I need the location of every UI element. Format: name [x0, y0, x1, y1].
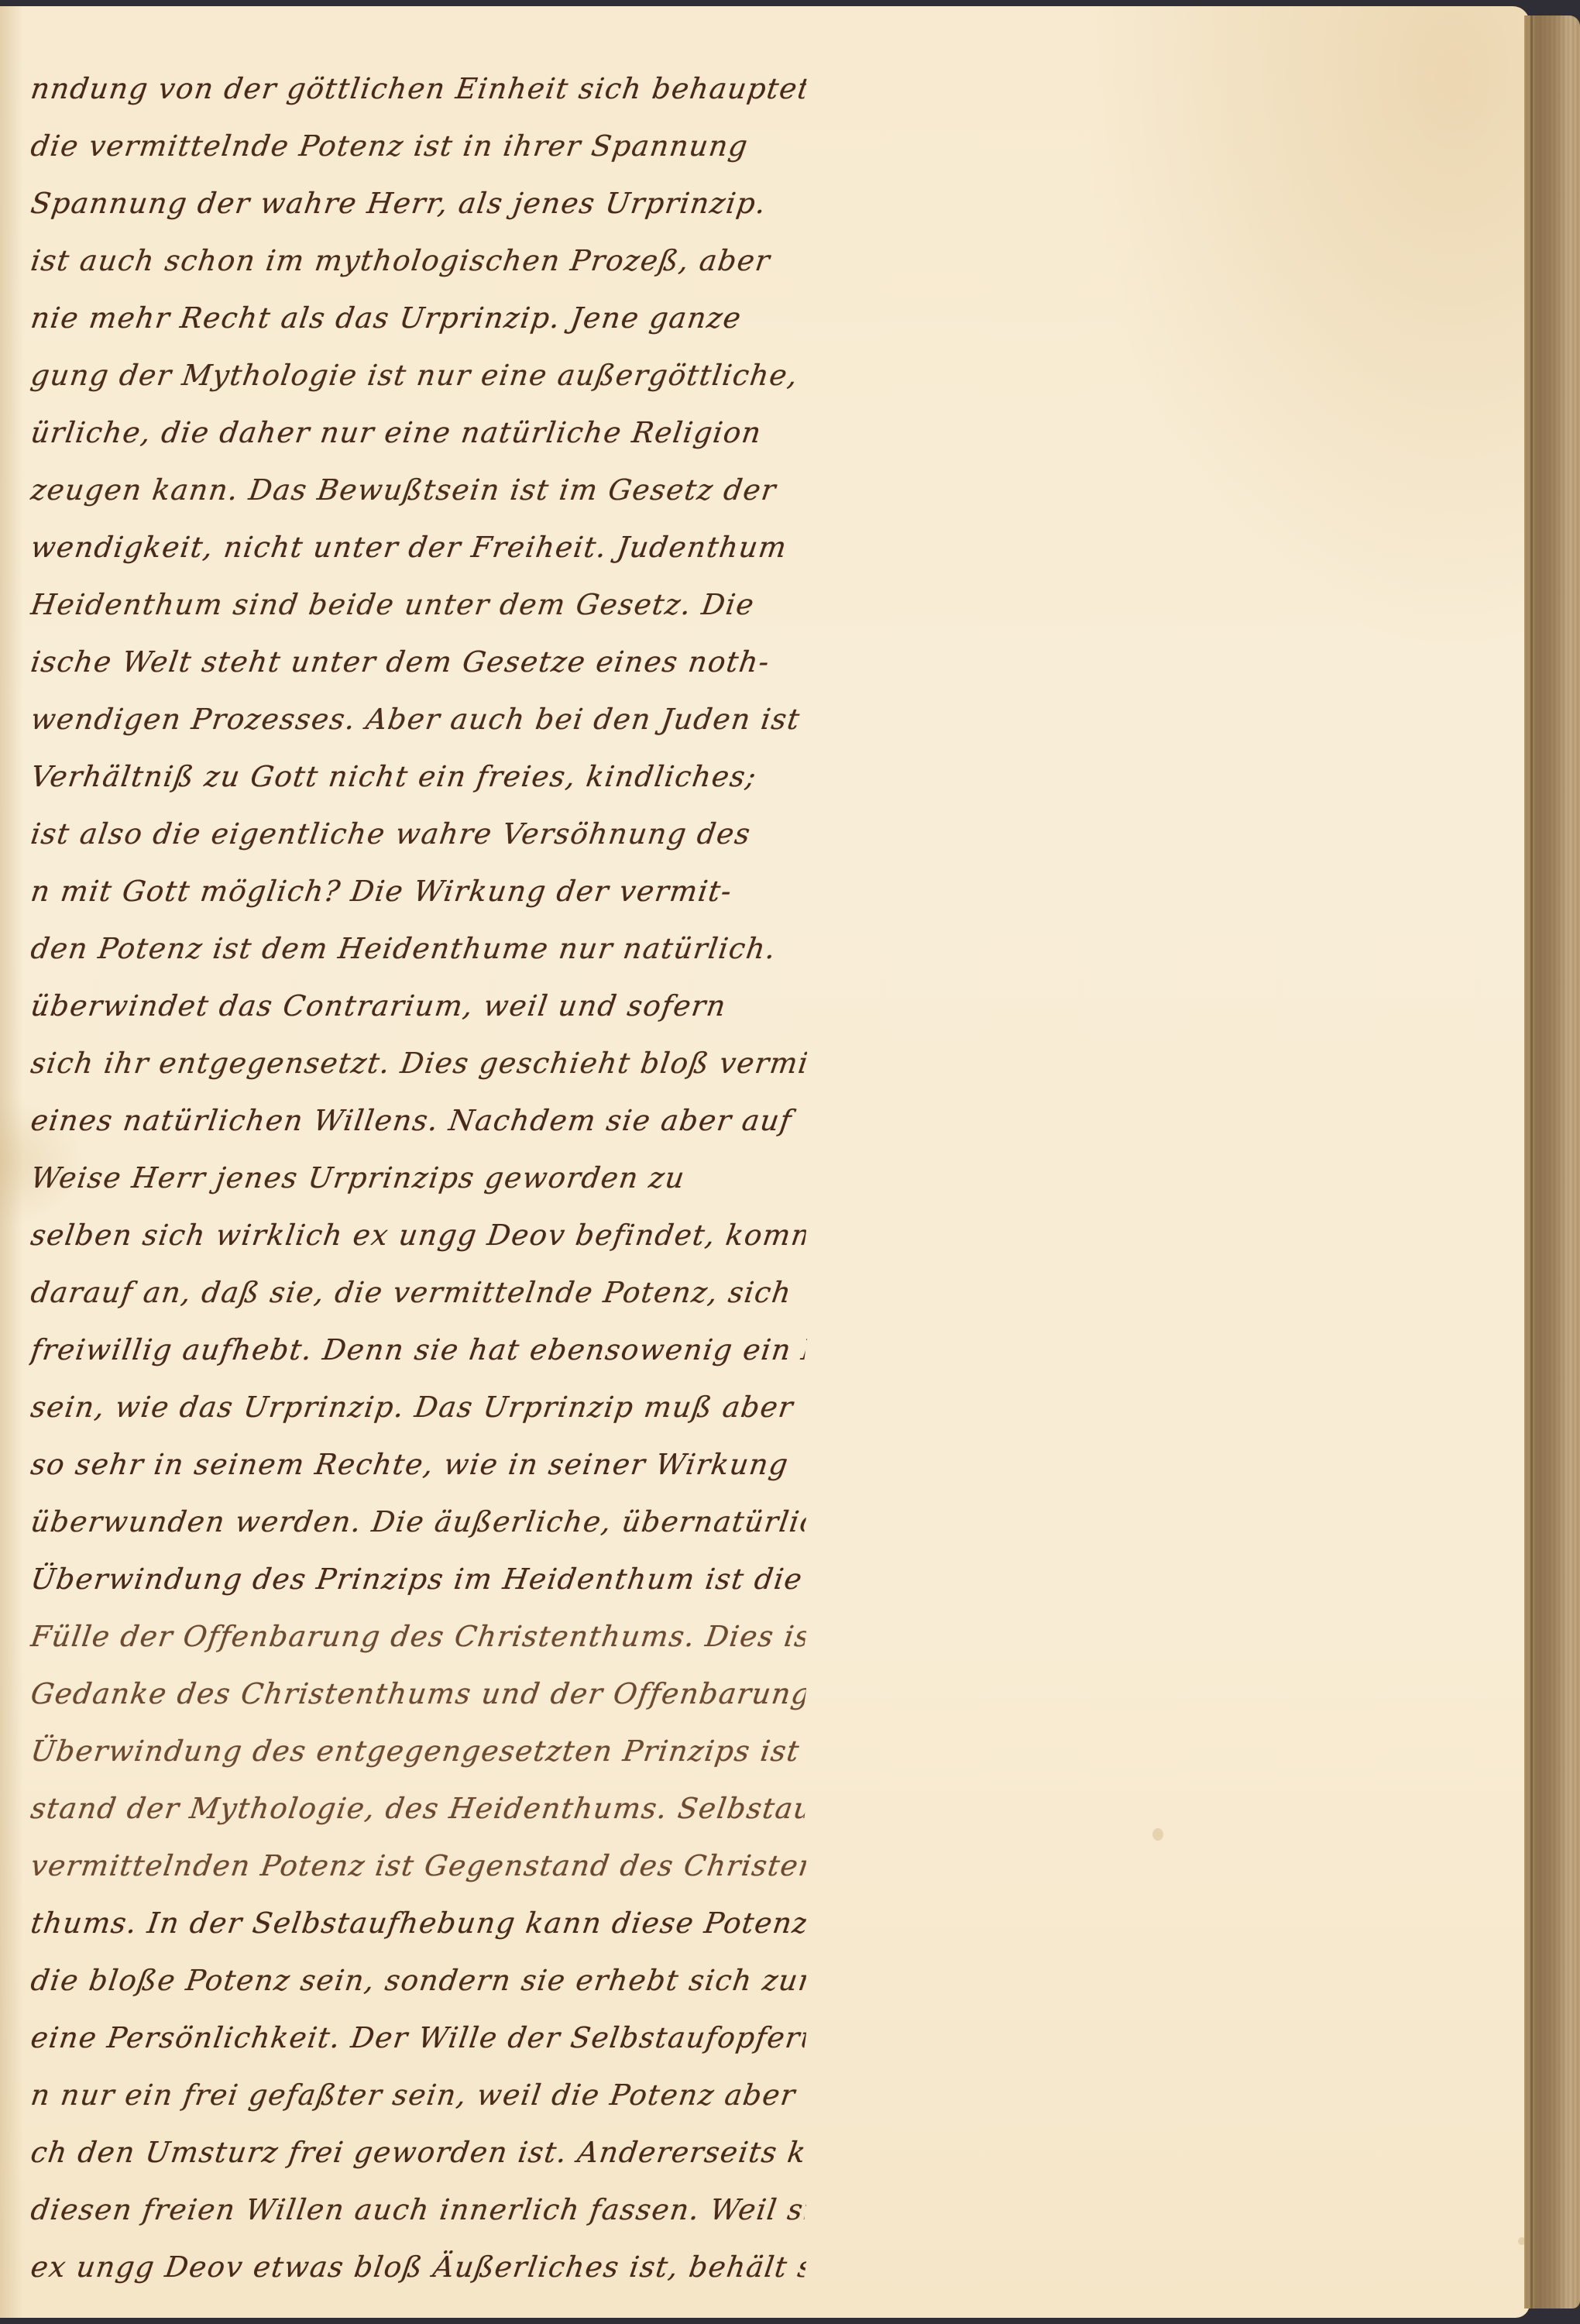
text-line: Spannung der wahre Herr, als jenes Urpri…	[27, 175, 809, 232]
text-line: Überwindung des Prinzips im Heidenthum i…	[27, 1551, 809, 1608]
text-line: freiwillig aufhebt. Denn sie hat ebensow…	[27, 1322, 809, 1379]
text-line: Gedanke des Christenthums und der Offenb…	[27, 1666, 809, 1723]
text-line: überwindet das Contrarium, weil und sofe…	[27, 978, 809, 1035]
paper-stain	[1152, 1828, 1163, 1841]
text-line: darauf an, daß sie, die vermittelnde Pot…	[27, 1264, 809, 1322]
text-line: Heidenthum sind beide unter dem Gesetz. …	[27, 576, 809, 634]
text-line: Fülle der Offenbarung des Christenthums.…	[27, 1608, 809, 1666]
fore-edge-line	[1530, 15, 1533, 2309]
text-line: ürliche, die daher nur eine natürliche R…	[27, 404, 809, 462]
text-line: nndung von der göttlichen Einheit sich b…	[27, 60, 809, 118]
text-line: n mit Gott möglich? Die Wirkung der verm…	[27, 863, 809, 920]
text-line: gung der Mythologie ist nur eine außergö…	[27, 347, 809, 404]
text-line: den Potenz ist dem Heidenthume nur natür…	[27, 920, 809, 978]
manuscript-page: nndung von der göttlichen Einheit sich b…	[0, 6, 1530, 2318]
text-line: wendigkeit, nicht unter der Freiheit. Ju…	[27, 519, 809, 576]
text-line: ische Welt steht unter dem Gesetze eines…	[27, 634, 809, 691]
text-line: thums. In der Selbstaufhebung kann diese…	[27, 1895, 809, 1952]
text-line: eines natürlichen Willens. Nachdem sie a…	[27, 1092, 809, 1150]
text-line: wendigen Prozesses. Aber auch bei den Ju…	[27, 691, 809, 748]
text-line: n nur ein frei gefaßter sein, weil die P…	[27, 2067, 809, 2124]
text-line: stand der Mythologie, des Heidenthums. S…	[27, 1780, 809, 1838]
text-line: ist also die eigentliche wahre Versöhnun…	[27, 806, 809, 863]
text-line: selben sich wirklich ex ungg Deov befind…	[27, 1207, 809, 1264]
text-line: eine Persönlichkeit. Der Wille der Selbs…	[27, 2009, 809, 2067]
text-line: ist auch schon im mythologischen Prozeß,…	[27, 232, 809, 290]
gutter-shadow	[0, 6, 23, 2318]
text-line: Weise Herr jenes Urprinzips geworden zu	[27, 1150, 809, 1207]
text-line: Überwindung des entgegengesetzten Prinzi…	[27, 1723, 809, 1780]
text-line: so sehr in seinem Rechte, wie in seiner …	[27, 1436, 809, 1494]
text-line: nie mehr Recht als das Urprinzip. Jene g…	[27, 290, 809, 347]
text-line: vermittelnden Potenz ist Gegenstand des …	[27, 1838, 809, 1895]
text-line: Verhältniß zu Gott nicht ein freies, kin…	[27, 748, 809, 806]
text-line: überwunden werden. Die äußerliche, übern…	[27, 1494, 809, 1551]
text-line: die bloße Potenz sein, sondern sie erheb…	[27, 1952, 809, 2009]
text-line: zeugen kann. Das Bewußtsein ist im Geset…	[27, 462, 809, 519]
text-line: sich ihr entgegensetzt. Dies geschieht b…	[27, 1035, 809, 1092]
text-line: sein, wie das Urprinzip. Das Urprinzip m…	[27, 1379, 809, 1436]
text-line: ex ungg Deov etwas bloß Äußerliches ist,…	[27, 2239, 809, 2296]
text-line: ch den Umsturz frei geworden ist. Andere…	[27, 2124, 809, 2181]
text-line: die vermittelnde Potenz ist in ihrer Spa…	[27, 118, 809, 175]
text-line: diesen freien Willen auch innerlich fass…	[27, 2181, 809, 2239]
book-fore-edge	[1524, 15, 1580, 2309]
handwritten-text-block: nndung von der göttlichen Einheit sich b…	[31, 60, 805, 2296]
